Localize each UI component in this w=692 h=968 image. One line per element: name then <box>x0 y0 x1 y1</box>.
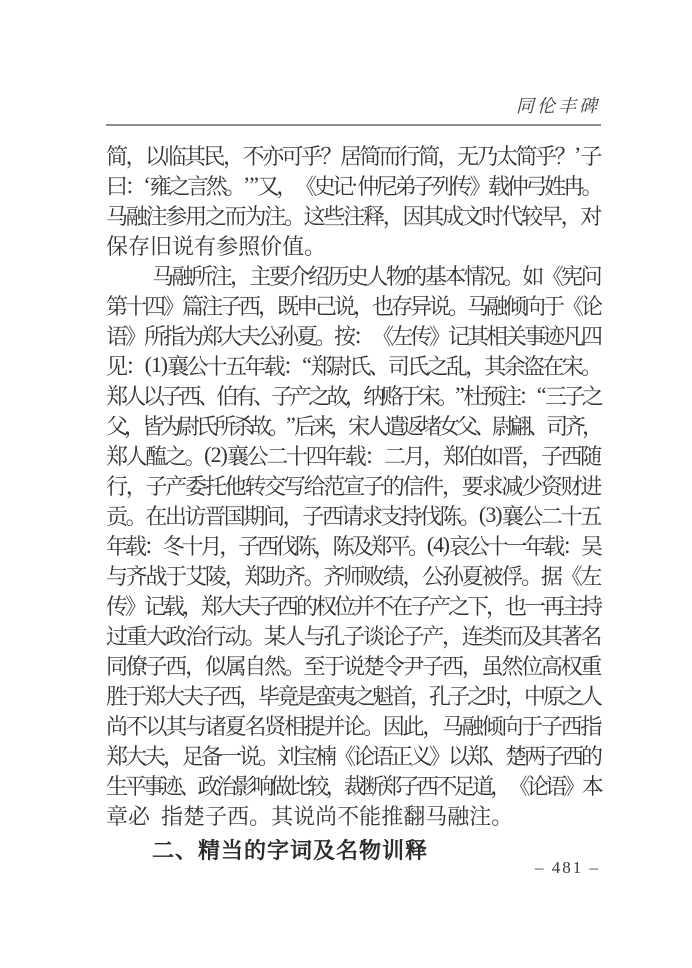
text-line: 马融注参用之而为注。这些注释，因其成文时代较早，对 <box>106 200 600 230</box>
text-line: 生平事迹、政治影响做比较，裁断郑子西不足道，《论语》本 <box>106 770 600 800</box>
text-line: 第十四》篇注子西，既申己说，也存异说。马融倾向于《论 <box>106 290 600 320</box>
book-page: 同伦丰碑 简，以临其民，不亦可乎？居简而行简，无乃太简乎？’子曰：‘雍之言然。’… <box>0 0 692 968</box>
section-heading: 二、精当的字词及名物训释 <box>106 836 600 866</box>
text-line: 尚不以其与诸夏名贤相提并论。因此，马融倾向于子西指 <box>106 710 600 740</box>
body-text: 简，以临其民，不亦可乎？居简而行简，无乃太简乎？’子曰：‘雍之言然。’”又，《史… <box>106 140 600 830</box>
text-line: 郑人以子西、伯有、子产之故，纳赂于宋。”杜预注：“三子之 <box>106 380 600 410</box>
text-line: 章必 指楚子西。其说尚不能推翻马融注。 <box>106 800 600 830</box>
body-block: 简，以临其民，不亦可乎？居简而行简，无乃太简乎？’子曰：‘雍之言然。’”又，《史… <box>106 140 600 866</box>
text-line: 与齐战于艾陵，郑助齐。齐师败绩，公孙夏被俘。据《左 <box>106 560 600 590</box>
text-line: 见：(1)襄公十五年载：“郑尉氏、司氏之乱，其余盗在宋。 <box>106 350 600 380</box>
text-line: 保存旧说有参照价值。 <box>106 230 600 260</box>
text-line: 郑大夫，足备一说。刘宝楠《论语正义》以郑、楚两子西的 <box>106 740 600 770</box>
text-line: 马融所注，主要介绍历史人物的基本情况。如《宪问 <box>106 260 600 290</box>
text-line: 曰：‘雍之言然。’”又，《史记·仲尼弟子列传》载仲弓姓冉。 <box>106 170 600 200</box>
text-line: 父，皆为尉氏所杀故。”后来，宋人遣返堵女父、尉翩、司齐， <box>106 410 600 440</box>
running-header: 同伦丰碑 <box>516 95 600 117</box>
text-line: 行，子产委托他转交写给范宣子的信件，要求减少资财进 <box>106 470 600 500</box>
text-line: 贡。在出访晋国期间，子西请求支持伐陈。(3)襄公二十五 <box>106 500 600 530</box>
text-line: 年载：冬十月，子西伐陈，陈及郑平。(4)哀公十一年载：吴 <box>106 530 600 560</box>
text-line: 传》记载，郑大夫子西的权位并不在子产之下，也一再主持 <box>106 590 600 620</box>
page-number: – 481 – <box>535 858 600 878</box>
text-line: 语》所指为郑大夫公孙夏。按：《左传》记其相关事迹凡四 <box>106 320 600 350</box>
text-line: 过重大政治行动。某人与孔子谈论子产，连类而及其著名 <box>106 620 600 650</box>
text-line: 胜于郑大夫子西，毕竟是蛮夷之魁首，孔子之时，中原之人 <box>106 680 600 710</box>
text-line: 同僚子西，似属自然。至于说楚令尹子西，虽然位高权重 <box>106 650 600 680</box>
header-rule <box>106 124 601 126</box>
text-line: 郑人醢之。(2)襄公二十四年载：二月，郑伯如晋，子西随 <box>106 440 600 470</box>
text-line: 简，以临其民，不亦可乎？居简而行简，无乃太简乎？’子 <box>106 140 600 170</box>
